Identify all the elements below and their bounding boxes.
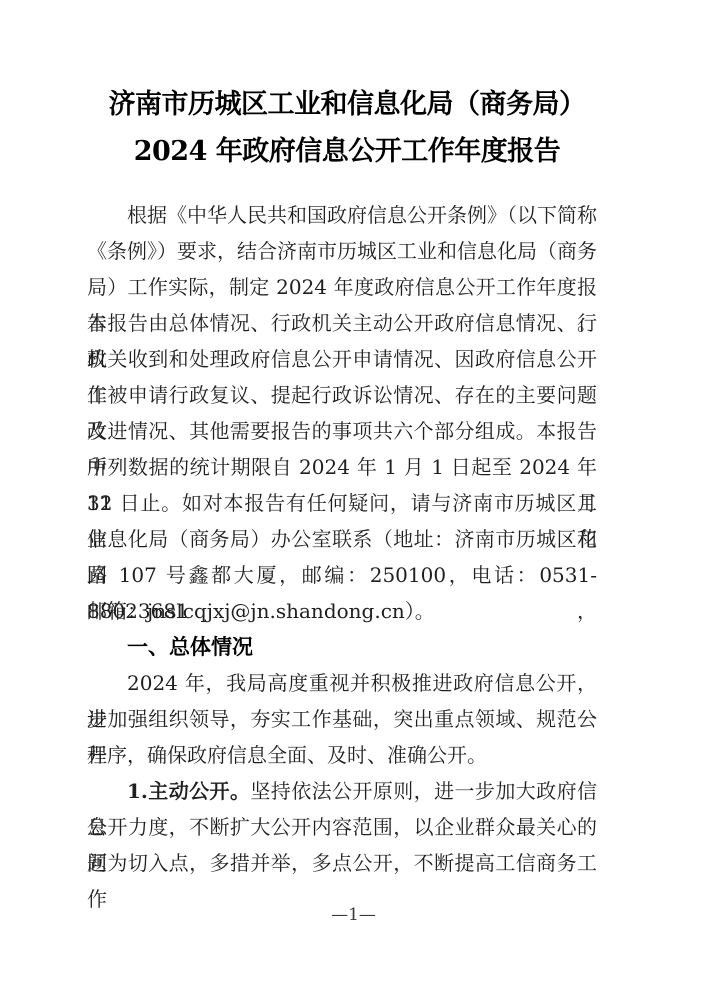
text-line: 1.主动公开。坚持依法公开原则，进一步加大政府信息	[87, 773, 597, 809]
section-heading: 一、总体情况	[87, 629, 597, 665]
text-line: 本报告由总体情况、行政机关主动公开政府信息情况、行政	[87, 305, 597, 341]
text-run: 邮箱：jnslcqjxj@jn.shandong.cn）。	[87, 599, 435, 623]
text-line: 路 107 号鑫都大厦，邮编：250100，电话：0531-88023681，	[87, 557, 597, 593]
text-line: 题为切入点，多措并举，多点公开，不断提高工信商务工作	[87, 845, 597, 881]
text-run: 程序，确保政府信息全面、及时、准确公开。	[87, 743, 487, 767]
text-line: 《条例》）要求，结合济南市历城区工业和信息化局（商务	[87, 233, 597, 269]
text-run: 《条例》）要求，结合济南市历城区工业和信息化局（商务	[87, 239, 597, 263]
document-body: 根据《中华人民共和国政府信息公开条例》（以下简称《条例》）要求，结合济南市历城区…	[87, 197, 597, 881]
text-line: 根据《中华人民共和国政府信息公开条例》（以下简称	[87, 197, 597, 233]
text-line: 所列数据的统计期限自 2024 年 1 月 1 日起至 2024 年 12 月	[87, 449, 597, 485]
document-title-line-2: 2024 年政府信息公开工作年度报告	[87, 128, 607, 175]
text-line: 局）工作实际，制定 2024 年度政府信息公开工作年度报告。	[87, 269, 597, 305]
text-line: 信息化局（商务局）办公室联系（地址：济南市历城区花园	[87, 521, 597, 557]
text-line: 公开力度，不断扩大公开内容范围，以企业群众最关心的问	[87, 809, 597, 845]
document-title: 济南市历城区工业和信息化局（商务局） 2024 年政府信息公开工作年度报告	[87, 81, 607, 175]
text-line: 31 日止。如对本报告有任何疑问，请与济南市历城区工业和	[87, 485, 597, 521]
page-number: —1—	[0, 897, 707, 933]
text-line: 步加强组织领导，夯实工作基础，突出重点领域、规范公开	[87, 701, 597, 737]
text-line: 2024 年，我局高度重视并积极推进政府信息公开，进一	[87, 665, 597, 701]
text-run: 根据《中华人民共和国政府信息公开条例》（以下简称	[127, 203, 597, 227]
text-line: 机关收到和处理政府信息公开申请情况、因政府信息公开工	[87, 341, 597, 377]
bold-run: 1.主动公开。	[127, 779, 250, 803]
text-line: 程序，确保政府信息全面、及时、准确公开。	[87, 737, 597, 773]
text-line: 改进情况、其他需要报告的事项共六个部分组成。本报告中	[87, 413, 597, 449]
document-title-line-1: 济南市历城区工业和信息化局（商务局）	[87, 81, 607, 128]
document-page: 济南市历城区工业和信息化局（商务局） 2024 年政府信息公开工作年度报告 根据…	[0, 0, 707, 999]
text-line: 作被申请行政复议、提起行政诉讼情况、存在的主要问题及	[87, 377, 597, 413]
